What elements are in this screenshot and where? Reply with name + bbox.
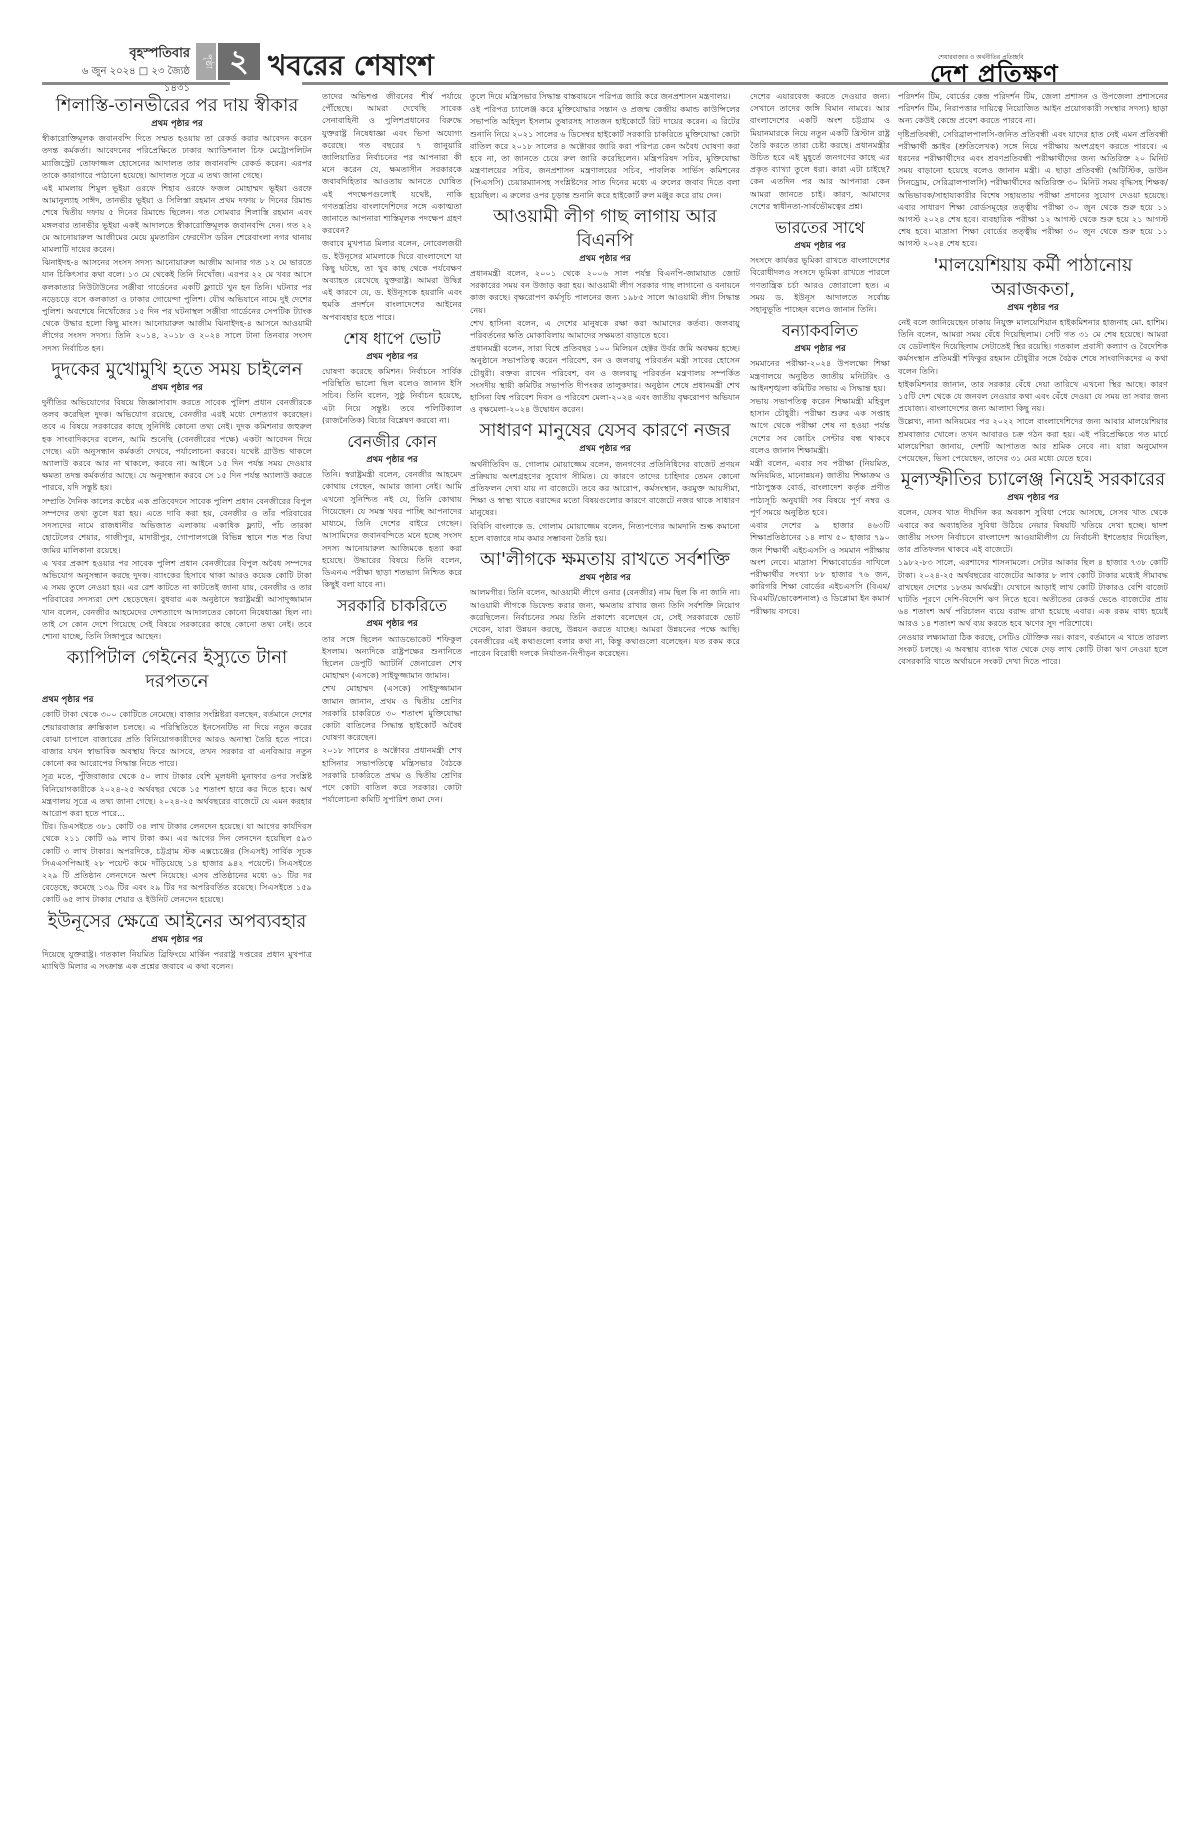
headline: শেষ ধাপে ভোট — [322, 327, 462, 351]
continued-label: প্রথম পৃষ্ঠার পর — [42, 934, 312, 946]
headline: আওয়ামী লীগ গাছ লাগায় আর বিএনপি — [470, 205, 740, 253]
paragraph: দিয়েছে যুক্তরাষ্ট্র। গতকাল নিয়মিত ব্রি… — [42, 948, 312, 972]
paragraph: ১৯৮২-৮৩ সালে, এরশাদের শাসনামলে। সেটার আক… — [898, 556, 1168, 629]
continued-label: প্রথম পৃষ্ঠার পর — [42, 118, 312, 130]
paragraph: ঘোষণা করেছে কমিশন। নির্বাচনে সার্বিক পরি… — [322, 365, 462, 426]
article-sesh-dhape: শেষ ধাপে ভোট প্রথম পৃষ্ঠার পর ঘোষণা করেছ… — [322, 327, 462, 426]
paragraph: প্রধানমন্ত্রী বলেন, সারা বিশ্বে প্রতিবছর… — [470, 342, 740, 415]
paragraph: তাদের অভিশপ্ত জীবনের শীর্ষ পর্যায়ে পৌঁছ… — [322, 90, 462, 236]
paragraph: উল্লেখ্য, নানা অনিয়মের পর ২০২২ সালে বাং… — [898, 415, 1168, 464]
headline: সাধারণ মানুষের যেসব কারণে নজর — [470, 419, 740, 443]
masthead: বৃহস্পতিবার ৬ জুন ২০২৪ □ ২৩ জ্যৈষ্ঠ ১৪৩১… — [0, 0, 1200, 80]
continued-label: প্রথম পৃষ্ঠার পর — [42, 694, 312, 706]
headline: ক্যাপিটাল গেইনের ইস্যুতে টানা দরপতনে — [42, 646, 312, 694]
paragraph: ওই পরিপত্র চ্যালেঞ্জ করে মুক্তিযোদ্ধার স… — [470, 103, 740, 201]
paragraph: প্রধানমন্ত্রী বলেন, ২০০১ থেকে ২০০৬ সাল প… — [470, 267, 740, 316]
paragraph: দুর্নীতির অভিযোগের বিষয়ে জিজ্ঞাসাবাদ কর… — [42, 396, 312, 494]
column-3: তুলে দিয়ে মন্ত্রিসভার সিদ্ধান্ত বাস্তবা… — [470, 90, 740, 1840]
continued-label: প্রথম পৃষ্ঠার পর — [750, 343, 890, 355]
header-rule-left — [42, 82, 230, 85]
article-dudok: দুদকের মুখোমুখি হতে সময় চাইলেন প্রথম পৃ… — [42, 358, 312, 642]
headline: বন্যাকবলিত — [750, 319, 890, 343]
paragraph: নেওয়ার লক্ষ্যমাত্রা ঠিক করছে, সেটিও যৌক… — [898, 631, 1168, 668]
paragraph: আলমগীর। তিনি বলেন, আওয়ামী লীগে ওনার (বে… — [470, 586, 740, 659]
page-label: পৃষ্ঠা — [196, 43, 216, 80]
paragraph: সমমানের পরীক্ষা-২০২৪ উপলক্ষ্যে শিক্ষা মন… — [750, 357, 890, 394]
continued-label: প্রথম পৃষ্ঠার পর — [42, 382, 312, 394]
article-inflation: মূল্যস্ফীতির চ্যালেঞ্জ নিয়েই সরকারের প্… — [898, 468, 1168, 667]
paragraph: শেখ মোহাম্মদ (এসকে) সাইফুজ্জামান জামান জ… — [322, 682, 462, 743]
paragraph: সভায় সভাপতিত্ব করেন শিক্ষামন্ত্রী মহিবু… — [750, 395, 890, 456]
article-benazir-kon: বেনজীর কোন প্রথম পৃষ্ঠার পর তিনি। স্বরাষ… — [322, 430, 462, 590]
column-1: শিলাস্তি-তানভীরের পর দায় স্বীকার প্রথম … — [42, 90, 312, 1840]
continued-label: প্রথম পৃষ্ঠার পর — [322, 618, 462, 630]
paragraph: বিবিসি বাংলাকে ড. গোলাম মোয়াজ্জেম বলেন,… — [470, 520, 740, 544]
paragraph: হাইকমিশনার জানান, তার সরকার বেঁধে দেয়া … — [898, 378, 1168, 415]
paragraph: কোটি টাকা থেকে ৩০০ কোটিতে নেমেছে। বাজার … — [42, 708, 312, 769]
continued-label: প্রথম পৃষ্ঠার পর — [898, 492, 1168, 504]
column-5: পরিদর্শন টিম, বোর্ডের কেন্দ্র পরিদর্শন ট… — [898, 90, 1168, 1840]
paragraph: সংসদে কার্যকর ভূমিকা রাখতে বাংলাদেশের বি… — [750, 254, 890, 315]
paragraph: তিনি। স্বরাষ্ট্রমন্ত্রী বলেন, বেনজীর আহম… — [322, 468, 462, 590]
continued-label: প্রথম পৃষ্ঠার পর — [470, 572, 740, 584]
headline: আ'লীগকে ক্ষমতায় রাখতে সর্বশক্তি — [470, 548, 740, 572]
paragraph: নেই বলে জানিয়েছেন ঢাকায় নিযুক্ত মালয়ে… — [898, 316, 1168, 377]
paragraph: অর্থনীতিবিদ ড. গোলাম মোয়াজ্জেম বলেন, জন… — [470, 458, 740, 519]
paragraph: সূত্র মতে, পুঁজিবাজার থেকে ৫০ লাখ টাকার … — [42, 770, 312, 819]
paragraph: এই মামলায় শিমুল ভূইয়া ওরফে শিহাব ওরফে … — [42, 182, 312, 255]
article-bharoter-sathe: ভারতের সাথে প্রথম পৃষ্ঠার পর সংসদে কার্য… — [750, 216, 890, 315]
paragraph: বলেন, যেসব খাত দীর্ঘদিন কর অবকাশ সুবিধা … — [898, 506, 1168, 555]
headline: ভারতের সাথে — [750, 216, 890, 240]
paragraph: জবাবে মুখপাত্র মিলার বলেন, নোবেলজয়ী ড. … — [322, 237, 462, 322]
paragraph: ঝিনাইদহ-৪ আসনের সংসদ সদস্য আনোয়ারুল আজী… — [42, 256, 312, 354]
paragraph: শেখ হাসিনা বলেন, এ দেশের মানুষকে রক্ষা ক… — [470, 317, 740, 341]
paragraph: দেশের এয়ারবেজ করতে দেওয়ার জন্য। সেখানে… — [750, 90, 890, 212]
paragraph: ২০১৮ সালের ৪ অক্টোবর প্রধানমন্ত্রী শেখ হ… — [322, 744, 462, 805]
headline: ইউনূসের ক্ষেত্রে আইনের অপব্যবহার — [42, 910, 312, 934]
masthead-day: বৃহস্পতিবার — [80, 44, 190, 65]
continued-label: প্রথম পৃষ্ঠার পর — [898, 302, 1168, 314]
article-capital-gain: ক্যাপিটাল গেইনের ইস্যুতে টানা দরপতনে প্র… — [42, 646, 312, 905]
article-yunus-law: ইউনূসের ক্ষেত্রে আইনের অপব্যবহার প্রথম প… — [42, 910, 312, 973]
page-number: ২ — [218, 43, 260, 80]
article-shilasti: শিলাস্তি-তানভীরের পর দায় স্বীকার প্রথম … — [42, 94, 312, 354]
paragraph: সম্প্রতি দৈনিক কালের কণ্ঠের এক প্রতিবেদন… — [42, 495, 312, 556]
paragraph: তুলে দিয়ে মন্ত্রিসভার সিদ্ধান্ত বাস্তবা… — [470, 90, 740, 102]
continued-label: প্রথম পৃষ্ঠার পর — [750, 240, 890, 252]
paragraph: পরিদর্শন টিম, বোর্ডের কেন্দ্র পরিদর্শন ট… — [898, 90, 1168, 127]
continued-label: প্রথম পৃষ্ঠার পর — [470, 443, 740, 455]
headline: 'মালয়েশিয়ায় কর্মী পাঠানোয় অরাজকতা, — [898, 254, 1168, 302]
headline: সরকারি চাকরিতে — [322, 594, 462, 618]
continued-label: প্রথম পৃষ্ঠার পর — [470, 253, 740, 265]
headline: মূল্যস্ফীতির চ্যালেঞ্জ নিয়েই সরকারের — [898, 468, 1168, 492]
paragraph: টির। ডিএসইতে ৩৮১ কোটি ৩৪ লাখ টাকার লেনদে… — [42, 820, 312, 905]
headline: বেনজীর কোন — [322, 430, 462, 454]
paragraph: এবার দেশের ৯ হাজার ৪৬৩টি শিক্ষাপ্রতিষ্ঠা… — [750, 519, 890, 617]
article-sarkari-chakri: সরকারি চাকরিতে প্রথম পৃষ্ঠার পর তার সঙ্গ… — [322, 594, 462, 805]
column-4: দেশের এয়ারবেজ করতে দেওয়ার জন্য। সেখানে… — [750, 90, 890, 1840]
headline: দুদকের মুখোমুখি হতে সময় চাইলেন — [42, 358, 312, 382]
paragraph: দৃষ্টিপ্রতিবন্ধী, সেরিব্রালপালসি-জনিত প্… — [898, 128, 1168, 250]
headline: শিলাস্তি-তানভীরের পর দায় স্বীকার — [42, 94, 312, 118]
article-awami-tree: আওয়ামী লীগ গাছ লাগায় আর বিএনপি প্রথম প… — [470, 205, 740, 416]
article-malaysia: 'মালয়েশিয়ায় কর্মী পাঠানোয় অরাজকতা, প… — [898, 254, 1168, 465]
article-awami-kshomota: আ'লীগকে ক্ষমতায় রাখতে সর্বশক্তি প্রথম প… — [470, 548, 740, 659]
continued-label: প্রথম পৃষ্ঠার পর — [322, 454, 462, 466]
paragraph: মন্ত্রী বলেন, এবার সব পরীক্ষা (নিয়মিত, … — [750, 457, 890, 518]
continued-label: প্রথম পৃষ্ঠার পর — [322, 351, 462, 363]
article-sadharon-manush: সাধারণ মানুষের যেসব কারণে নজর প্রথম পৃষ্… — [470, 419, 740, 544]
article-bonnakobolito: বন্যাকবলিত প্রথম পৃষ্ঠার পর সমমানের পরীক… — [750, 319, 890, 616]
header-rule-right — [302, 82, 1168, 85]
paragraph: স্বীকারোক্তিমূলক জবানবন্দি দিতে সম্মত হও… — [42, 132, 312, 181]
paragraph: তার সঙ্গে ছিলেন অ্যাডভোকেট শফিকুল ইসলাম।… — [322, 633, 462, 682]
paragraph: এ খবর প্রকাশ হওয়ার পর সাবেক পুলিশ প্রধা… — [42, 557, 312, 642]
column-2: তাদের অভিশপ্ত জীবনের শীর্ষ পর্যায়ে পৌঁছ… — [322, 90, 462, 1840]
